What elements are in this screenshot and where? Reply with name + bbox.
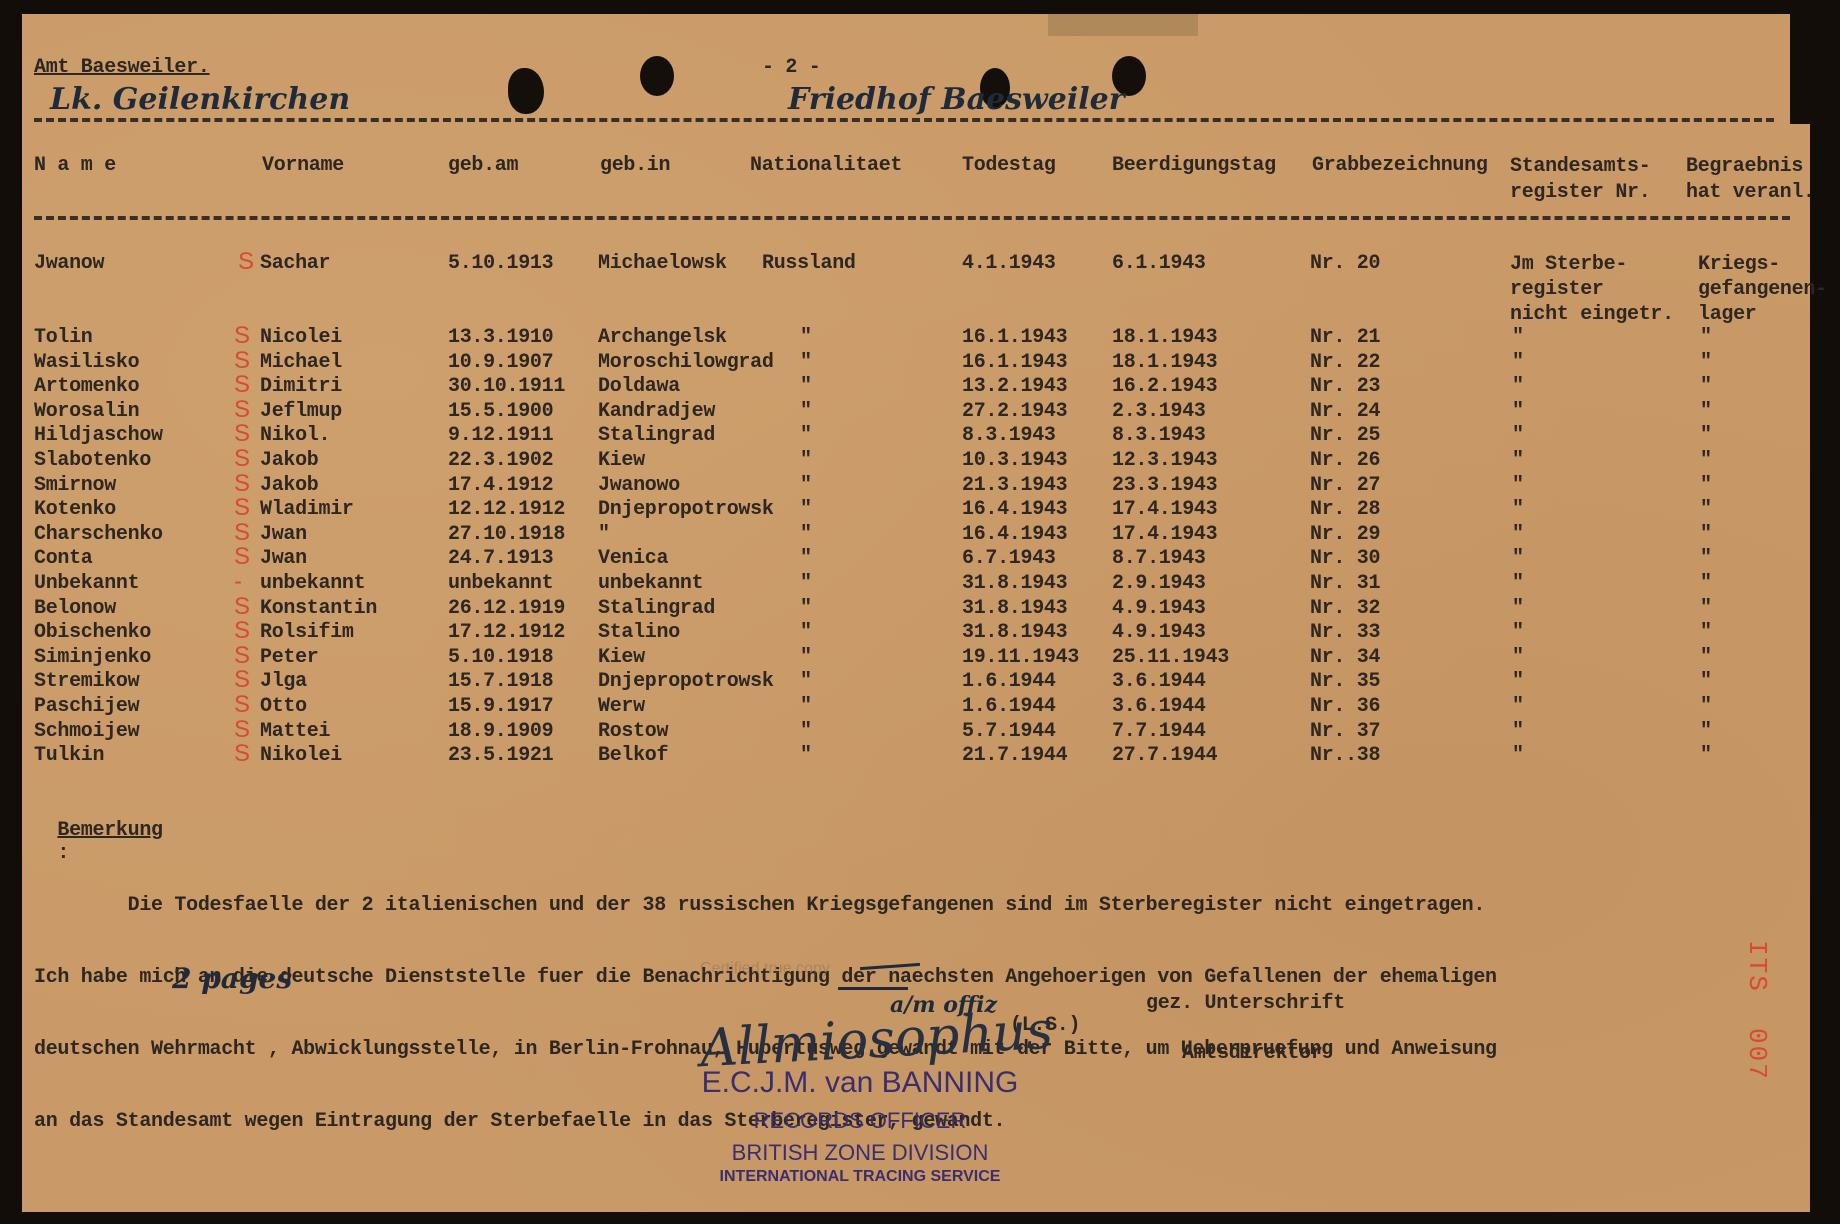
cell-vorname: Jeflmup	[260, 400, 342, 423]
cell-geb-in: Dnjepropotrowsk	[598, 498, 774, 521]
cell-standesamt: "	[1512, 523, 1524, 546]
cell-vorname: Nikol.	[260, 424, 330, 447]
cell-grab: Nr. 25	[1310, 424, 1380, 447]
cell-geb-am: 24.7.1913	[448, 547, 553, 570]
pages-note-handwritten: 2 pages	[172, 962, 292, 995]
cell-nationalitaet: "	[800, 720, 812, 743]
cell-todestag: 19.11.1943	[962, 646, 1079, 669]
faint-certification-text: Certified true copy	[700, 960, 830, 978]
cell-todestag: 16.4.1943	[962, 523, 1067, 546]
cell-vorname: unbekannt	[260, 572, 365, 595]
cell-vorname: Jwan	[260, 547, 307, 570]
cell-todestag: 21.7.1944	[962, 744, 1067, 767]
cemetery-handwritten: Friedhof Baesweiler	[788, 82, 1125, 117]
cell-standesamt: "	[1512, 498, 1524, 521]
cell-standesamt: "	[1512, 646, 1524, 669]
cell-geb-am: 17.4.1912	[448, 474, 553, 497]
cell-name: Schmoijew	[34, 720, 139, 743]
cell-todestag: 4.1.1943	[962, 252, 1056, 275]
cell-grab: Nr. 34	[1310, 646, 1380, 669]
cell-geb-am: 15.7.1918	[448, 670, 553, 693]
cell-begraebnis: "	[1700, 498, 1712, 521]
remarks-label: Bemerkung	[57, 819, 162, 842]
red-s-mark: S	[238, 248, 254, 276]
cell-nationalitaet: "	[800, 474, 812, 497]
cell-grab: Nr. 20	[1310, 252, 1380, 275]
cell-begraebnis: "	[1700, 646, 1712, 669]
cell-standesamt: "	[1512, 670, 1524, 693]
col-beerdigungstag: Beerdigungstag	[1112, 154, 1276, 177]
cell-vorname: Nikolei	[260, 744, 342, 767]
cell-begraebnis: "	[1700, 449, 1712, 472]
cell-name: Wasilisko	[34, 351, 139, 374]
cell-standesamt: "	[1512, 449, 1524, 472]
cell-standesamt: "	[1512, 621, 1524, 644]
cell-grab: Nr. 24	[1310, 400, 1380, 423]
cell-todestag: 6.7.1943	[962, 547, 1056, 570]
col-geb-am: geb.am	[448, 154, 518, 177]
cell-geb-am: 30.10.1911	[448, 375, 565, 398]
cell-todestag: 8.3.1943	[962, 424, 1056, 447]
col-todestag: Todestag	[962, 154, 1056, 177]
cell-grab: Nr. 32	[1310, 597, 1380, 620]
stamp-name: E.C.J.M. van BANNING	[690, 1066, 1030, 1100]
cell-beerdigungstag: 6.1.1943	[1112, 252, 1206, 275]
cell-name: Hildjaschow	[34, 424, 163, 447]
col-standesamt: Standesamts- register Nr.	[1510, 154, 1650, 206]
cell-nationalitaet: "	[800, 572, 812, 595]
cell-beerdigungstag: 4.9.1943	[1112, 621, 1206, 644]
red-s-mark: S	[234, 740, 250, 768]
cell-nationalitaet: "	[800, 351, 812, 374]
cell-vorname: Dimitri	[260, 375, 342, 398]
cell-todestag: 13.2.1943	[962, 375, 1067, 398]
divider	[34, 216, 1790, 220]
cell-geb-in: Stalingrad	[598, 597, 715, 620]
red-s-mark: S	[234, 420, 250, 448]
cell-geb-in: Doldawa	[598, 375, 680, 398]
cell-geb-am: 18.9.1909	[448, 720, 553, 743]
cell-standesamt: Jm Sterbe- register nicht eingetr.	[1510, 252, 1674, 327]
cell-nationalitaet: "	[800, 424, 812, 447]
cell-name: Artomenko	[34, 375, 139, 398]
cell-geb-in: unbekannt	[598, 572, 703, 595]
cell-vorname: Jakob	[260, 449, 319, 472]
cell-grab: Nr. 37	[1310, 720, 1380, 743]
signer-title: Amtsdirektor	[1182, 1042, 1322, 1065]
cell-standesamt: "	[1512, 695, 1524, 718]
cell-name: Kotenko	[34, 498, 116, 521]
red-s-mark: S	[234, 322, 250, 350]
cell-geb-am: 27.10.1918	[448, 523, 565, 546]
cell-name: Tolin	[34, 326, 93, 349]
cell-vorname: Michael	[260, 351, 342, 374]
cell-begraebnis: "	[1700, 572, 1712, 595]
cell-begraebnis: "	[1700, 424, 1712, 447]
cell-begraebnis: Kriegs- gefangenen- lager	[1698, 252, 1827, 327]
cell-geb-am: 15.5.1900	[448, 400, 553, 423]
red-s-mark: S	[234, 494, 250, 522]
red-s-mark: S	[234, 543, 250, 571]
cell-name: Paschijew	[34, 695, 139, 718]
cell-beerdigungstag: 16.2.1943	[1112, 375, 1217, 398]
cell-todestag: 10.3.1943	[962, 449, 1067, 472]
col-nationalitaet: Nationalitaet	[750, 154, 902, 177]
cell-standesamt: "	[1512, 400, 1524, 423]
cell-beerdigungstag: 17.4.1943	[1112, 498, 1217, 521]
cell-geb-in: Jwanowo	[598, 474, 680, 497]
cell-geb-am: 22.3.1902	[448, 449, 553, 472]
cell-nationalitaet: "	[800, 326, 812, 349]
page-number: - 2 -	[762, 56, 821, 79]
cell-geb-in: Belkof	[598, 744, 668, 767]
cell-geb-am: 23.5.1921	[448, 744, 553, 767]
cell-name: Obischenko	[34, 621, 151, 644]
cell-begraebnis: "	[1700, 474, 1712, 497]
cell-nationalitaet: "	[800, 695, 812, 718]
cell-standesamt: "	[1512, 720, 1524, 743]
cell-geb-am: unbekannt	[448, 572, 553, 595]
cell-name: Siminjenko	[34, 646, 151, 669]
cell-geb-in: Stalino	[598, 621, 680, 644]
cell-nationalitaet: "	[800, 400, 812, 423]
cell-grab: Nr. 35	[1310, 670, 1380, 693]
cell-name: Unbekannt	[34, 572, 139, 595]
cell-name: Jwanow	[34, 252, 104, 275]
cell-vorname: Jwan	[260, 523, 307, 546]
cell-vorname: Nicolei	[260, 326, 342, 349]
cell-nationalitaet: "	[800, 449, 812, 472]
cell-beerdigungstag: 17.4.1943	[1112, 523, 1217, 546]
cell-begraebnis: "	[1700, 744, 1712, 767]
cell-grab: Nr. 36	[1310, 695, 1380, 718]
col-begraebnis: Begraebnis hat veranl.	[1686, 154, 1815, 206]
cell-todestag: 31.8.1943	[962, 572, 1067, 595]
cell-grab: Nr. 23	[1310, 375, 1380, 398]
cell-todestag: 5.7.1944	[962, 720, 1056, 743]
district-handwritten: Lk. Geilenkirchen	[50, 82, 350, 117]
cell-geb-in: Kandradjew	[598, 400, 715, 423]
cell-geb-am: 5.10.1913	[448, 252, 553, 275]
cell-grab: Nr. 29	[1310, 523, 1380, 546]
cell-nationalitaet: "	[800, 597, 812, 620]
cell-todestag: 1.6.1944	[962, 695, 1056, 718]
cell-beerdigungstag: 23.3.1943	[1112, 474, 1217, 497]
cell-grab: Nr. 31	[1310, 572, 1380, 595]
punch-hole	[640, 56, 674, 96]
cell-beerdigungstag: 8.3.1943	[1112, 424, 1206, 447]
cell-name: Slabotenko	[34, 449, 151, 472]
cell-name: Stremikow	[34, 670, 139, 693]
cell-beerdigungstag: 27.7.1944	[1112, 744, 1217, 767]
cell-vorname: Peter	[260, 646, 319, 669]
cell-beerdigungstag: 18.1.1943	[1112, 326, 1217, 349]
cell-begraebnis: "	[1700, 375, 1712, 398]
cell-geb-am: 15.9.1917	[448, 695, 553, 718]
cell-todestag: 31.8.1943	[962, 597, 1067, 620]
stamp-line-3: INTERNATIONAL TRACING SERVICE	[690, 1168, 1030, 1186]
red-s-mark: S	[234, 617, 250, 645]
cell-vorname: Mattei	[260, 720, 330, 743]
cell-nationalitaet: "	[800, 670, 812, 693]
cell-vorname: Rolsifim	[260, 621, 354, 644]
punch-hole	[508, 68, 544, 114]
cell-geb-in: Kiew	[598, 646, 645, 669]
red-s-mark: S	[234, 371, 250, 399]
cell-geb-in: Moroschilowgrad	[598, 351, 774, 374]
col-name: N a m e	[34, 154, 116, 177]
cell-standesamt: "	[1512, 424, 1524, 447]
cell-vorname: Jlga	[260, 670, 307, 693]
cell-grab: Nr. 21	[1310, 326, 1380, 349]
cell-beerdigungstag: 2.9.1943	[1112, 572, 1206, 595]
cell-geb-am: 5.10.1918	[448, 646, 553, 669]
cell-grab: Nr. 28	[1310, 498, 1380, 521]
cell-beerdigungstag: 3.6.1944	[1112, 670, 1206, 693]
cell-beerdigungstag: 3.6.1944	[1112, 695, 1206, 718]
col-vorname: Vorname	[262, 154, 344, 177]
red-s-mark: S	[234, 445, 250, 473]
cell-name: Conta	[34, 547, 93, 570]
cell-geb-in: Venica	[598, 547, 668, 570]
cell-nationalitaet: "	[800, 498, 812, 521]
cell-geb-in: Werw	[598, 695, 645, 718]
cell-vorname: Wladimir	[260, 498, 354, 521]
cell-beerdigungstag: 4.9.1943	[1112, 597, 1206, 620]
cell-beerdigungstag: 12.3.1943	[1112, 449, 1217, 472]
cell-todestag: 16.1.1943	[962, 351, 1067, 374]
cell-beerdigungstag: 2.3.1943	[1112, 400, 1206, 423]
cell-geb-in: Dnjepropotrowsk	[598, 670, 774, 693]
cell-geb-in: Kiew	[598, 449, 645, 472]
cell-nationalitaet: "	[800, 375, 812, 398]
cell-geb-am: 17.12.1912	[448, 621, 565, 644]
cell-nationalitaet: "	[800, 523, 812, 546]
cell-todestag: 1.6.1944	[962, 670, 1056, 693]
cell-vorname: Jakob	[260, 474, 319, 497]
cell-standesamt: "	[1512, 375, 1524, 398]
cell-standesamt: "	[1512, 744, 1524, 767]
cell-todestag: 31.8.1943	[962, 621, 1067, 644]
cell-begraebnis: "	[1700, 621, 1712, 644]
cell-begraebnis: "	[1700, 351, 1712, 374]
col-geb-in: geb.in	[600, 154, 670, 177]
cell-beerdigungstag: 7.7.1944	[1112, 720, 1206, 743]
office-name: Amt Baesweiler.	[34, 56, 210, 79]
cell-name: Charschenko	[34, 523, 163, 546]
cell-vorname: Konstantin	[260, 597, 377, 620]
cell-todestag: 21.3.1943	[962, 474, 1067, 497]
red-s-mark: S	[234, 691, 250, 719]
cell-beerdigungstag: 25.11.1943	[1112, 646, 1229, 669]
pen-stroke	[838, 987, 908, 990]
cell-standesamt: "	[1512, 572, 1524, 595]
red-s-mark: S	[234, 666, 250, 694]
cell-standesamt: "	[1512, 351, 1524, 374]
cell-standesamt: "	[1512, 547, 1524, 570]
divider	[34, 118, 1774, 122]
cell-begraebnis: "	[1700, 720, 1712, 743]
cell-name: Worosalin	[34, 400, 139, 423]
cell-standesamt: "	[1512, 474, 1524, 497]
cell-name: Belonow	[34, 597, 116, 620]
cell-todestag: 16.1.1943	[962, 326, 1067, 349]
cell-geb-in: Michaelowsk	[598, 252, 727, 275]
cell-geb-in: Rostow	[598, 720, 668, 743]
cell-geb-am: 10.9.1907	[448, 351, 553, 374]
cell-nationalitaet: "	[800, 547, 812, 570]
cell-begraebnis: "	[1700, 547, 1712, 570]
cell-geb-am: 26.12.1919	[448, 597, 565, 620]
stamp-line-2: BRITISH ZONE DIVISION	[690, 1140, 1030, 1166]
cell-todestag: 16.4.1943	[962, 498, 1067, 521]
cell-grab: Nr. 26	[1310, 449, 1380, 472]
cell-begraebnis: "	[1700, 695, 1712, 718]
cell-grab: Nr. 30	[1310, 547, 1380, 570]
cell-vorname: Otto	[260, 695, 307, 718]
cell-begraebnis: "	[1700, 597, 1712, 620]
cell-geb-in: "	[598, 523, 610, 546]
remarks-line: Die Todesfaelle der 2 italienischen und …	[34, 894, 1497, 918]
cell-grab: Nr. 33	[1310, 621, 1380, 644]
paper-tape-mark	[1048, 14, 1198, 36]
cell-geb-am: 13.3.1910	[448, 326, 553, 349]
its-stamp: ITS 007	[1742, 940, 1772, 1081]
cell-name: Tulkin	[34, 744, 104, 767]
cell-grab: Nr..38	[1310, 744, 1380, 767]
cell-standesamt: "	[1512, 597, 1524, 620]
cell-vorname: Sachar	[260, 252, 330, 275]
cell-nationalitaet: "	[800, 646, 812, 669]
torn-corner	[1790, 14, 1840, 124]
red-s-mark: -	[234, 568, 242, 596]
cell-begraebnis: "	[1700, 523, 1712, 546]
cell-geb-am: 12.12.1912	[448, 498, 565, 521]
cell-geb-in: Stalingrad	[598, 424, 715, 447]
cell-standesamt: "	[1512, 326, 1524, 349]
cell-begraebnis: "	[1700, 400, 1712, 423]
cell-begraebnis: "	[1700, 670, 1712, 693]
stamp-line-1: RECORDS OFFICER	[690, 1108, 1030, 1134]
cell-nationalitaet: "	[800, 621, 812, 644]
cell-nationalitaet: Russland	[762, 252, 856, 275]
cell-beerdigungstag: 8.7.1943	[1112, 547, 1206, 570]
cell-name: Smirnow	[34, 474, 116, 497]
cell-beerdigungstag: 18.1.1943	[1112, 351, 1217, 374]
signed-label: gez. Unterschrift	[1146, 992, 1345, 1015]
cell-geb-am: 9.12.1911	[448, 424, 553, 447]
cell-grab: Nr. 27	[1310, 474, 1380, 497]
cell-todestag: 27.2.1943	[962, 400, 1067, 423]
cell-begraebnis: "	[1700, 326, 1712, 349]
col-grabbezeichnung: Grabbezeichnung	[1312, 154, 1488, 177]
cell-grab: Nr. 22	[1310, 351, 1380, 374]
cell-geb-in: Archangelsk	[598, 326, 727, 349]
cell-nationalitaet: "	[800, 744, 812, 767]
